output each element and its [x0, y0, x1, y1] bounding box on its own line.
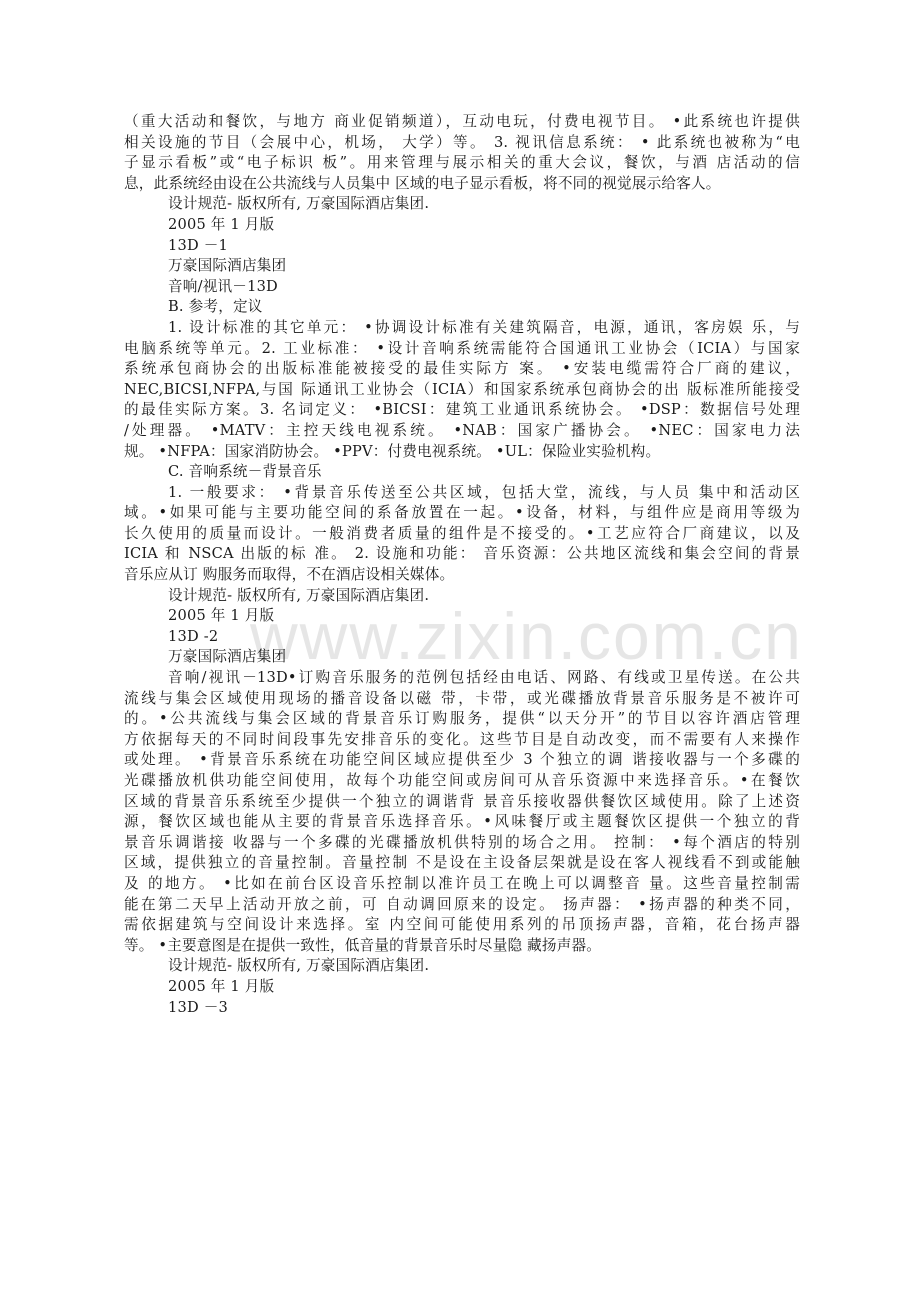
text-line: 相关设施的节目（会展中心，机场， 大学）等。 3. 视讯信息系统： • 此系统也…: [124, 133, 800, 154]
text-line: NEC,BICSI,NFPA,与国 际通讯工业协会（ICIA）和国家系统承包商协…: [124, 380, 800, 401]
page-number: 13D －1: [124, 236, 800, 257]
text-line: 方依据每天的不同时间段事先安排音乐的变化。这些节目是自动改变，而不需要有人来操作: [124, 730, 800, 751]
section-title-b: B. 参考，定议: [124, 297, 800, 318]
copyright-line: 设计规范- 版权所有, 万豪国际酒店集团.: [124, 194, 800, 215]
text-line: 音乐应从订 购服务而取得，不在酒店设相关媒体。: [124, 565, 800, 586]
paragraph-references-definitions: 1. 设计标准的其它单元： •协调设计标准有关建筑隔音，电源，通讯，客房娱 乐，…: [124, 318, 800, 462]
text-line: 的最佳实际方案。3. 名词定义： •BICSI：建筑工业通讯系统协会。 •DSP…: [124, 400, 800, 421]
text-line: 1. 一般要求： •背景音乐传送至公共区域，包括大堂，流线，与人员 集中和活动区: [124, 483, 800, 504]
text-line: 流线与集会区域使用现场的播音设备以磁 带，卡带，或光碟播放背景音乐服务是不被许可: [124, 689, 800, 710]
paragraph-a-v-systems: （重大活动和餐饮，与地方 商业促销频道），互动电玩，付费电视节目。 •此系统也许…: [124, 112, 800, 194]
text-line: 或处理。 •背景音乐系统在功能空间区域应提供至少 3 个独立的调 谐接收器与一个…: [124, 750, 800, 771]
page-footer-2: 设计规范- 版权所有, 万豪国际酒店集团. 2005 年 1 月版 13D -2…: [124, 586, 800, 668]
text-line: 系统承包商协会的出版标准能被接受的最佳实际方 案。 •安装电缆需符合厂商的建议，: [124, 359, 800, 380]
section-title-c: C. 音响系统－背景音乐: [124, 462, 800, 483]
text-line: 源，餐饮区域也能从主要的背景音乐选择音乐。•风味餐厅或主题餐饮区提供一个独立的背: [124, 812, 800, 833]
text-line: 息，此系统经由设在公共流线与人员集中 区域的电子显示看板，将不同的视觉展示给客人…: [124, 174, 800, 195]
edition-line: 2005 年 1 月版: [124, 977, 800, 998]
document-page: （重大活动和餐饮，与地方 商业促销频道），互动电玩，付费电视节目。 •此系统也许…: [124, 112, 800, 1018]
copyright-line: 设计规范- 版权所有, 万豪国际酒店集团.: [124, 956, 800, 977]
edition-line: 2005 年 1 月版: [124, 606, 800, 627]
section-heading-c: C. 音响系统－背景音乐: [124, 462, 800, 483]
text-line: 电脑系统等单元。2. 工业标准： •设计音响系统需能符合国通讯工业协会（ICIA…: [124, 339, 800, 360]
text-line: （重大活动和餐饮，与地方 商业促销频道），互动电玩，付费电视节目。 •此系统也许…: [124, 112, 800, 133]
text-line: 需依据建筑与空间设计来选择。室 内空间可能使用系列的吊顶扬声器，音箱，花台扬声器: [124, 915, 800, 936]
paragraph-music-services: 音响/视讯－13D•订购音乐服务的范例包括经由电话、网路、有线或卫星传送。在公共…: [124, 668, 800, 956]
text-line: ICIA 和 NSCA 出版的标 准。 2. 设施和功能： 音乐资源：公共地区流…: [124, 544, 800, 565]
text-line: 规。 •NFPA：国家消防协会。 •PPV：付费电视系统。 •UL：保险业实验机…: [124, 442, 800, 463]
page-footer-3: 设计规范- 版权所有, 万豪国际酒店集团. 2005 年 1 月版 13D －3: [124, 956, 800, 1018]
text-line: /处理器。 •MATV：主控天线电视系统。 •NAB：国家广播协会。 •NEC：…: [124, 421, 800, 442]
company-name: 万豪国际酒店集团: [124, 256, 800, 277]
company-name: 万豪国际酒店集团: [124, 647, 800, 668]
copyright-line: 设计规范- 版权所有, 万豪国际酒店集团.: [124, 586, 800, 607]
text-line: 1. 设计标准的其它单元： •协调设计标准有关建筑隔音，电源，通讯，客房娱 乐，…: [124, 318, 800, 339]
text-line: 及 的地方。 •比如在前台区设音乐控制以准许员工在晚上可以调整音 量。这些音量控…: [124, 874, 800, 895]
page-number: 13D -2: [124, 627, 800, 648]
text-line: 子显示看板”或“电子标识 板”。用来管理与展示相关的重大会议，餐饮，与酒 店活动…: [124, 153, 800, 174]
text-line: 等。 •主要意图是在提供一致性，低音量的背景音乐时尽量隐 藏扬声器。: [124, 936, 800, 957]
edition-line: 2005 年 1 月版: [124, 215, 800, 236]
page-number: 13D －3: [124, 998, 800, 1019]
text-line: 区域的背景音乐系统至少提供一个独立的调谐背 景音乐接收器供餐饮区域使用。除了上述…: [124, 792, 800, 813]
page-footer-1: 设计规范- 版权所有, 万豪国际酒店集团. 2005 年 1 月版 13D －1…: [124, 194, 800, 318]
section-header: 音响/视讯－13D: [124, 277, 800, 298]
text-line: 长久使用的质量而设计。一般消费者质量的组件是不接受的。•工艺应符合厂商建议，以及: [124, 524, 800, 545]
text-line: 区域，提供独立的音量控制。音量控制 不是设在主设备层架就是设在客人视线看不到或能…: [124, 853, 800, 874]
text-line: 景音乐调谐接 收器与一个多碟的光碟播放机供特别的场合之用。 控制： •每个酒店的…: [124, 833, 800, 854]
text-line: 音响/视讯－13D•订购音乐服务的范例包括经由电话、网路、有线或卫星传送。在公共: [124, 668, 800, 689]
paragraph-background-music: 1. 一般要求： •背景音乐传送至公共区域，包括大堂，流线，与人员 集中和活动区…: [124, 483, 800, 586]
text-line: 域。•如果可能与主要功能空间的系备放置在一起。•设备，材料，与组件应是商用等级为: [124, 503, 800, 524]
text-line: 的。•公共流线与集会区域的背景音乐订购服务，提供“以天分开”的节目以容许酒店管理: [124, 709, 800, 730]
text-line: 光碟播放机供功能空间使用，故每个功能空间或房间可从音乐资源中来选择音乐。•在餐饮: [124, 771, 800, 792]
text-line: 能在第二天早上活动开放之前，可 自动调回原来的设定。 扬声器： •扬声器的种类不…: [124, 895, 800, 916]
